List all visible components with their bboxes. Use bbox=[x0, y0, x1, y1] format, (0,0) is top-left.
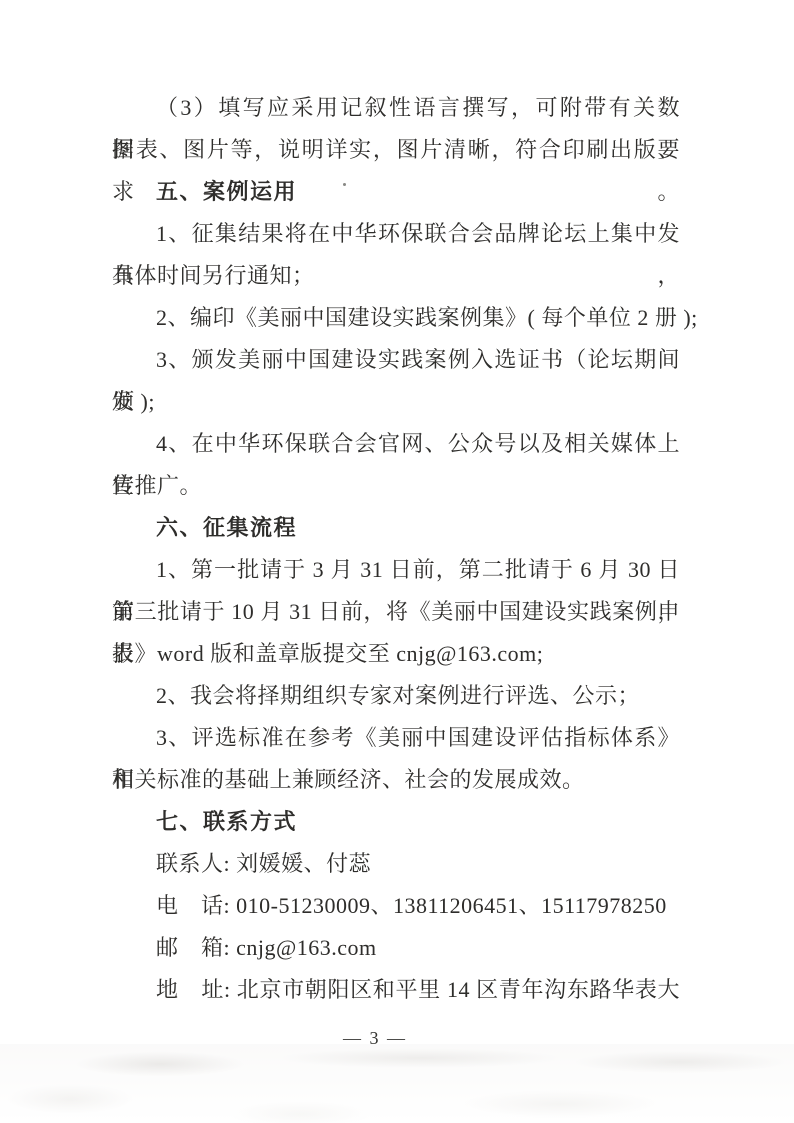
text-line: 1、征集结果将在中华环保联合会品牌论坛上集中发布， bbox=[112, 213, 680, 255]
text-line: 传推广。 bbox=[112, 465, 680, 507]
document-page: （3）填写应采用记叙性语言撰写，可附带有关数据、 图表、图片等，说明详实，图片清… bbox=[0, 0, 794, 1123]
scan-noise-artifact bbox=[0, 1044, 794, 1123]
contact-person-line: 联系人: 刘媛媛、付蕊 bbox=[112, 843, 680, 885]
text-line: 2、我会将择期组织专家对案例进行评选、公示； bbox=[112, 675, 680, 717]
text-line: （3）填写应采用记叙性语言撰写，可附带有关数据、 bbox=[112, 87, 680, 129]
text-line: 3、颁发美丽中国建设实践案例入选证书（论坛期间颁 bbox=[112, 339, 680, 381]
scan-speck-artifact bbox=[343, 183, 346, 186]
text-line: 发 ); bbox=[112, 381, 680, 423]
text-line: 1、第一批请于 3 月 31 日前，第二批请于 6 月 30 日前， bbox=[112, 549, 680, 591]
text-line: 表》word 版和盖章版提交至 cnjg@163.com; bbox=[112, 633, 680, 675]
section-heading-6: 六、征集流程 bbox=[112, 507, 680, 549]
contact-phone-line: 电 话: 010-51230009、13811206451、1511797825… bbox=[112, 885, 680, 927]
contact-email-line: 邮 箱: cnjg@163.com bbox=[112, 927, 680, 969]
document-body: （3）填写应采用记叙性语言撰写，可附带有关数据、 图表、图片等，说明详实，图片清… bbox=[112, 87, 680, 1011]
section-heading-7: 七、联系方式 bbox=[112, 801, 680, 843]
text-line: 相关标准的基础上兼顾经济、社会的发展成效。 bbox=[112, 759, 680, 801]
text-line: 4、在中华环保联合会官网、公众号以及相关媒体上宣 bbox=[112, 423, 680, 465]
text-line: 2、编印《美丽中国建设实践案例集》( 每个单位 2 册 ); bbox=[112, 297, 680, 339]
text-line: 图表、图片等，说明详实，图片清晰，符合印刷出版要求。 bbox=[112, 129, 680, 171]
contact-address-line: 地 址: 北京市朝阳区和平里 14 区青年沟东路华表大 bbox=[112, 969, 680, 1011]
text-line: 3、评选标准在参考《美丽中国建设评估指标体系》和 bbox=[112, 717, 680, 759]
text-line: 第三批请于 10 月 31 日前，将《美丽中国建设实践案例申报 bbox=[112, 591, 680, 633]
